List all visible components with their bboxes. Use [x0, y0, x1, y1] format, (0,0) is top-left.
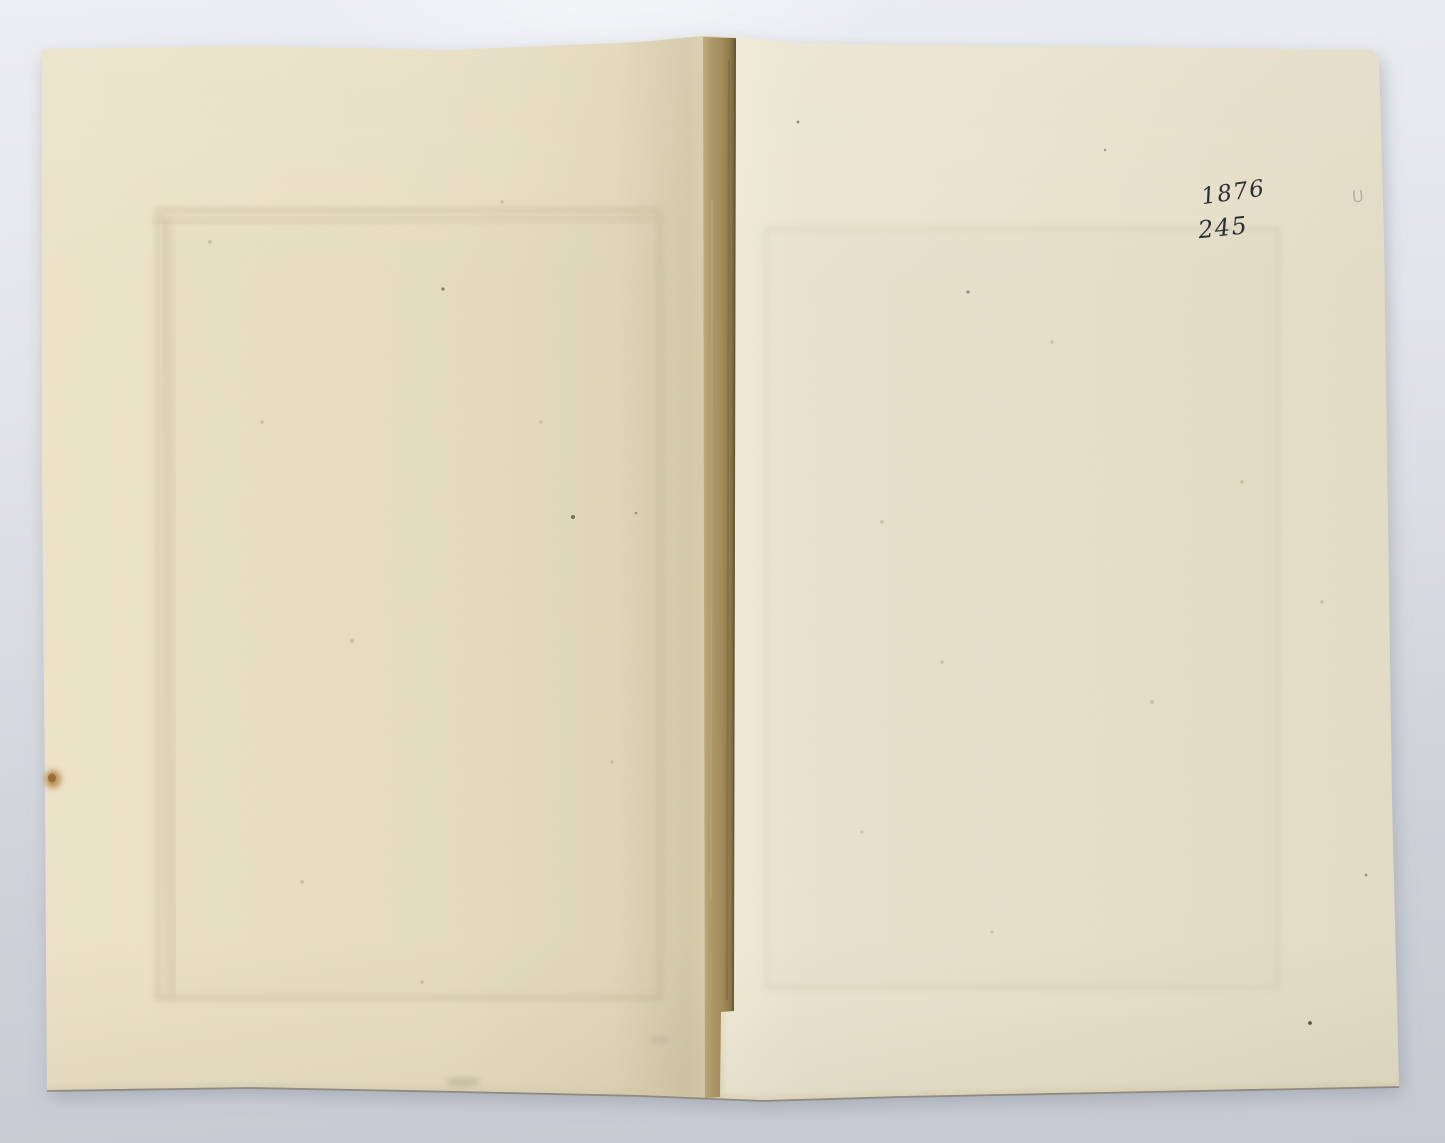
handwritten-number: 245: [1196, 211, 1250, 244]
photo-canvas: 1876 245 U: [0, 0, 1445, 1143]
plate-mark-ghost-right: [766, 228, 1278, 988]
plate-mark-ghost-left-topline: [150, 218, 655, 222]
gray-smudge-2: [650, 1036, 670, 1044]
fold-tape-strip: [703, 37, 736, 1098]
plate-mark-ghost-left-vline: [166, 218, 172, 995]
plate-mark-ghost-left: [158, 210, 660, 998]
photo-background: 1876 245 U: [0, 0, 1445, 1143]
gray-smudge: [446, 1077, 480, 1087]
pencil-mark-u: U: [1351, 187, 1364, 207]
foxing-spot: [45, 770, 61, 788]
